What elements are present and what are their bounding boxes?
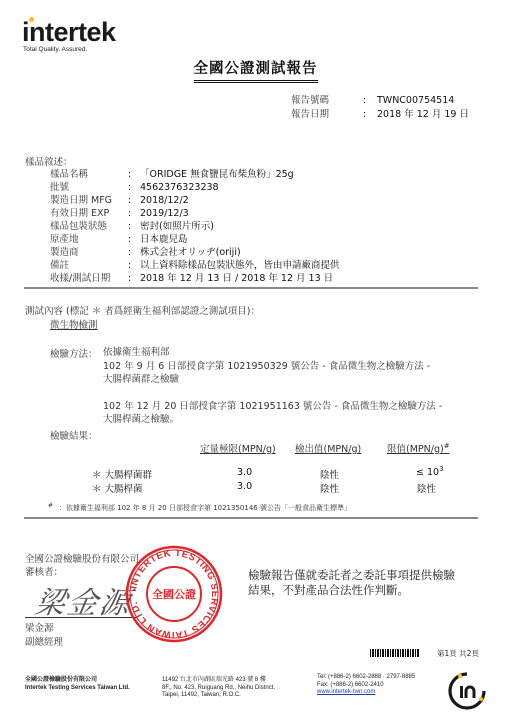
field-value: 2018 年 12 月 13 日 / 2018 年 12 月 13 日 bbox=[140, 273, 333, 284]
result-row: ＊ 大腸桿菌群 bbox=[92, 467, 152, 481]
field-value: 以上資料除樣品包裝狀態外，皆由申請廠商提供 bbox=[140, 260, 340, 271]
column-header-loq: 定量極限(MPN/g) bbox=[200, 441, 276, 455]
company-seal-stamp: INTERTEK TESTING SERVICES TAIWAN LTD. 全國… bbox=[124, 544, 224, 644]
test-content-label: 測試內容 (標記 ＊ 者爲經衛生福利部認證之測試項目)： bbox=[25, 303, 260, 317]
test-item: 大腸桿菌 bbox=[105, 484, 143, 495]
field-label: 批號 bbox=[50, 181, 128, 195]
method-line: 大腸桿菌群之檢驗 bbox=[103, 373, 442, 387]
page-info: 第1頁 共2頁 bbox=[437, 648, 479, 659]
footnote-mark: # bbox=[48, 503, 53, 509]
footer-address-en: Taipei, 11492, Taiwan, R.O.C. bbox=[162, 692, 275, 700]
result-value: 陰性 bbox=[320, 467, 339, 481]
loq-value: 3.0 bbox=[237, 467, 252, 478]
report-date: 2018 年 12 月 19 日 bbox=[377, 109, 469, 120]
field-value: 日本鹿兒島 bbox=[140, 234, 188, 245]
sample-field: 備註:以上資料除樣品包裝狀態外，皆由申請廠商提供 bbox=[50, 259, 340, 273]
disclaimer-line: 檢驗報告僅就委託者之委託事項提供檢驗 bbox=[248, 568, 455, 583]
field-label: 收樣/測試日期 bbox=[50, 272, 128, 286]
footer-company-cn: 全國公證檢驗股份有限公司 bbox=[25, 677, 130, 685]
intertek-logo: intertek bbox=[22, 19, 116, 46]
disclaimer: 檢驗報告僅就委託者之委託事項提供檢驗 結果，不對產品合法性作判斷。 bbox=[248, 568, 455, 598]
divider bbox=[24, 517, 478, 519]
field-value: 密封(如照片所示) bbox=[140, 221, 214, 232]
footer-tel: Tel: (+886-2) 6602-2888 · 2797-8885 bbox=[317, 674, 415, 682]
field-value: 4562376323238 bbox=[140, 182, 219, 193]
colon: : bbox=[363, 108, 377, 122]
column-header-limit: 限值(MPN/g)# bbox=[387, 441, 450, 455]
field-value: 株式会社オリッヂ(oriji) bbox=[140, 247, 241, 258]
limit-value: 陰性 bbox=[417, 481, 436, 495]
limit-exponent: 3 bbox=[439, 465, 443, 473]
svg-text:全國公證: 全國公證 bbox=[152, 587, 196, 601]
footer-fax: Fax: (+886-2) 6602-2410 bbox=[317, 682, 415, 690]
colon: : bbox=[363, 94, 377, 108]
sample-field: 收樣/測試日期:2018 年 12 月 13 日 / 2018 年 12 月 1… bbox=[50, 272, 333, 286]
result-label: 檢驗結果： bbox=[50, 428, 98, 442]
footnote: #：依據衛生福利部 102 年 8 月 20 日部授食字第 1021350146… bbox=[48, 503, 351, 513]
field-label: 有效日期 EXP bbox=[50, 207, 128, 221]
field-value: 2018/12/2 bbox=[140, 195, 189, 206]
signature-line bbox=[25, 617, 137, 618]
report-date-row: 報告日期:2018 年 12 月 19 日 bbox=[291, 108, 469, 122]
footer-contact: Tel: (+886-2) 6602-2888 · 2797-8885 Fax:… bbox=[317, 674, 415, 697]
result-row: ＊ 大腸桿菌 bbox=[92, 481, 143, 495]
report-number-label: 報告號碼 bbox=[291, 94, 363, 108]
field-label: 樣品名稱 bbox=[50, 168, 128, 182]
field-label: 原產地 bbox=[50, 233, 128, 247]
field-label: 樣品包裝狀態 bbox=[50, 220, 128, 234]
divider bbox=[24, 287, 478, 289]
method-line: 102 年 12 月 20 日部授食字第 1021951163 號公告 - 食品… bbox=[103, 400, 442, 414]
report-number-row: 報告號碼:TWNC00754514 bbox=[291, 94, 454, 108]
intertek-in-logo-icon bbox=[447, 671, 487, 711]
limit-header-text: 限值(MPN/g) bbox=[387, 444, 444, 455]
limit-value: ≤ 103 bbox=[416, 465, 444, 478]
sample-field: 製造日期 MFG:2018/12/2 bbox=[50, 194, 189, 208]
footnote-text: ：依據衛生福利部 102 年 8 月 20 日部授食字第 1021350146 … bbox=[59, 504, 351, 512]
footer-website-link[interactable]: www.intertek-twn.com bbox=[317, 689, 415, 697]
report-title-wrap: 全國公證測試報告 bbox=[0, 57, 511, 83]
signer-position: 副總經理 bbox=[25, 634, 63, 648]
sample-field: 樣品包裝狀態:密封(如照片所示) bbox=[50, 220, 214, 234]
signer-name: 梁金源 bbox=[25, 620, 54, 634]
report-title: 全國公證測試報告 bbox=[194, 57, 318, 83]
field-label: 備註 bbox=[50, 259, 128, 273]
sample-field: 製造商:株式会社オリッヂ(oriji) bbox=[50, 246, 241, 260]
handwritten-signature: 梁金源 bbox=[32, 578, 136, 622]
footer-address: 11492 台北市內湖區瑞光路 423 號 8 樓 8F., No. 423, … bbox=[162, 677, 275, 700]
accredited-mark: ＊ bbox=[92, 470, 102, 481]
barcode bbox=[370, 649, 419, 657]
footnote-mark: # bbox=[444, 442, 450, 450]
limit-base: ≤ 10 bbox=[416, 467, 439, 478]
sample-field: 樣品名稱:「ORIDGE 無食鹽昆布柴魚粉」25g bbox=[50, 168, 294, 182]
field-value: 「ORIDGE 無食鹽昆布柴魚粉」25g bbox=[140, 169, 294, 180]
method-line: 102 年 9 月 6 日部授食字第 1021950329 號公告 - 食品微生… bbox=[103, 360, 442, 374]
company-name: 全國公證檢驗股份有限公司 bbox=[25, 551, 139, 565]
field-label: 製造日期 MFG bbox=[50, 194, 128, 208]
method-label: 檢驗方法： bbox=[50, 346, 98, 360]
method-line: 依據衛生福利部 bbox=[103, 346, 442, 360]
loq-value: 3.0 bbox=[237, 481, 252, 492]
test-item: 大腸桿菌群 bbox=[105, 470, 153, 481]
footer-address-en: 8F., No. 423, Ruiguang Rd., Neihu Distri… bbox=[162, 685, 275, 693]
column-header-result: 檢出值(MPN/g) bbox=[295, 441, 361, 455]
report-number: TWNC00754514 bbox=[377, 95, 454, 106]
sample-section-label: 樣品敘述： bbox=[25, 154, 73, 168]
sample-field: 原產地:日本鹿兒島 bbox=[50, 233, 188, 247]
footer-company: 全國公證檢驗股份有限公司 Intertek Testing Services T… bbox=[25, 677, 130, 692]
footer-company-en: Intertek Testing Services Taiwan Ltd. bbox=[25, 685, 130, 693]
disclaimer-line: 結果，不對產品合法性作判斷。 bbox=[248, 583, 455, 598]
result-value: 陰性 bbox=[320, 481, 339, 495]
accredited-mark: ＊ bbox=[92, 484, 102, 495]
sample-field: 有效日期 EXP:2019/12/3 bbox=[50, 207, 189, 221]
reviewer-label: 審核者： bbox=[25, 564, 63, 578]
method-text: 依據衛生福利部 102 年 9 月 6 日部授食字第 1021950329 號公… bbox=[103, 346, 442, 427]
method-line: 大腸桿菌之檢驗。 bbox=[103, 413, 442, 427]
field-value: 2019/12/3 bbox=[140, 208, 189, 219]
logo-tagline: Total Quality. Assured. bbox=[23, 46, 87, 53]
sample-field: 批號:4562376323238 bbox=[50, 181, 219, 195]
report-date-label: 報告日期 bbox=[291, 108, 363, 122]
test-category: 微生物檢測 bbox=[50, 317, 98, 331]
field-label: 製造商 bbox=[50, 246, 128, 260]
footer-address-cn: 11492 台北市內湖區瑞光路 423 號 8 樓 bbox=[162, 677, 275, 685]
